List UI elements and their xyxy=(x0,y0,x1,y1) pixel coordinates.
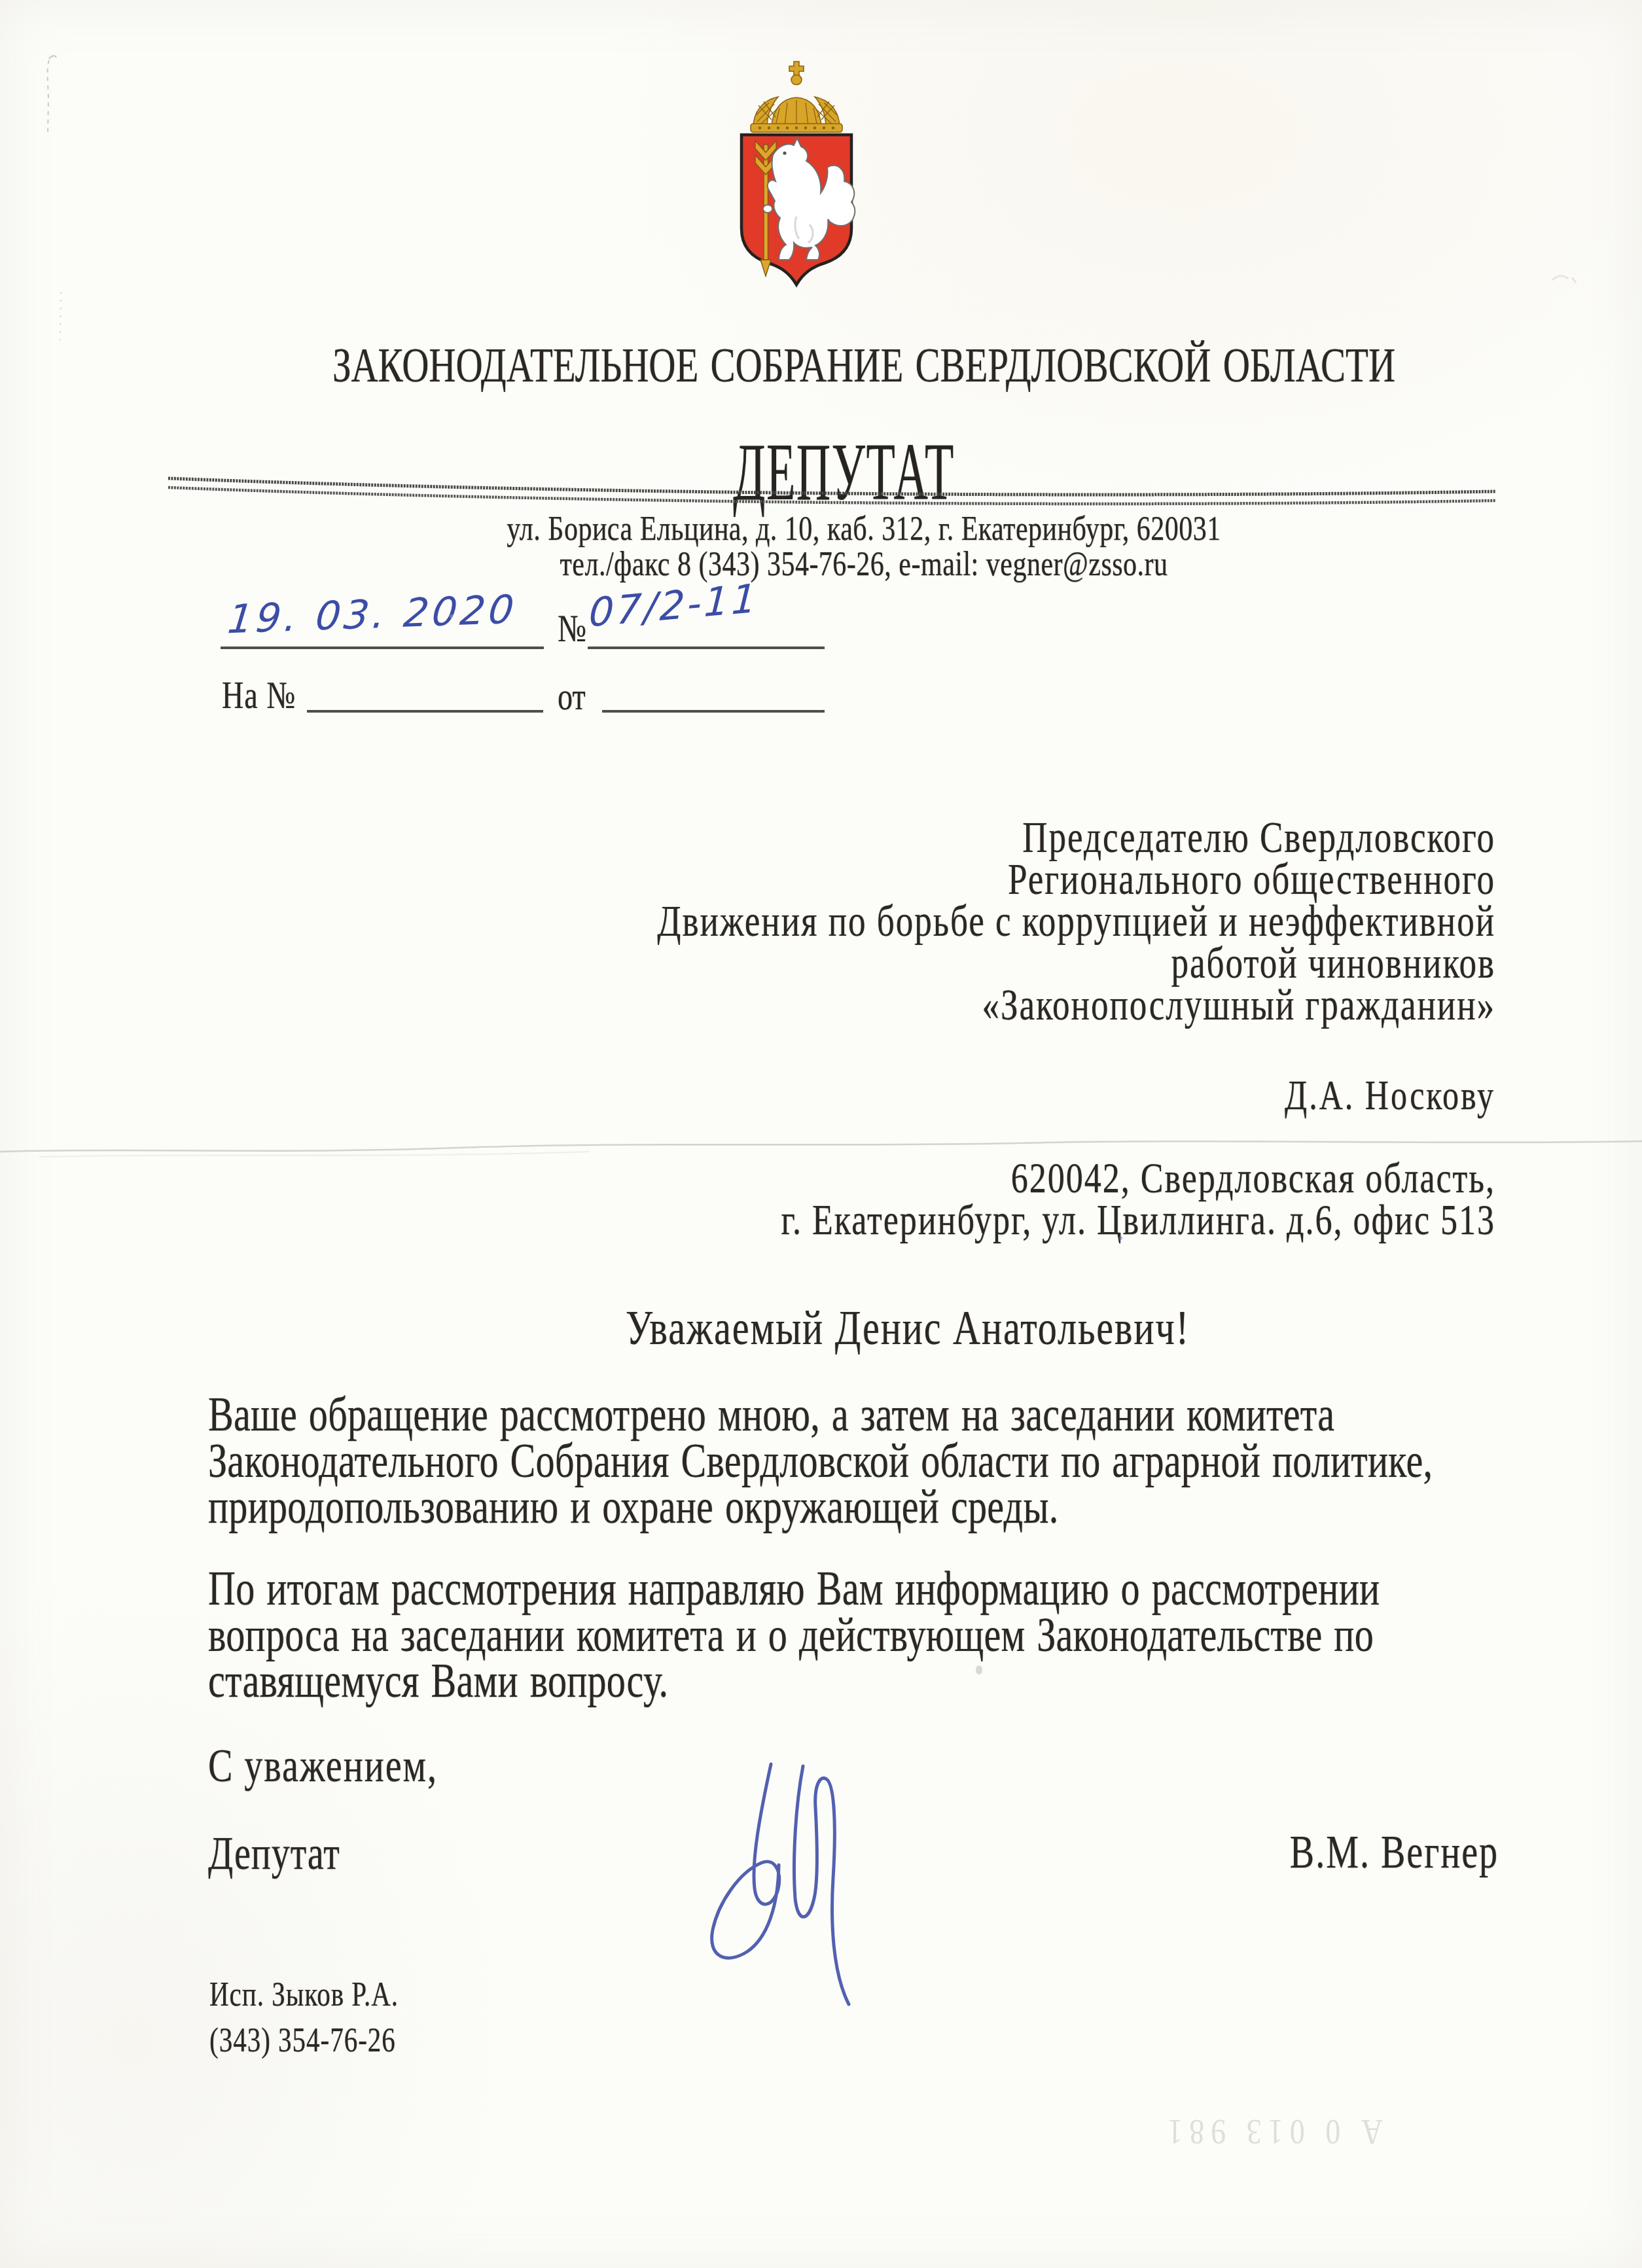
scanned-letter-page: ЗАКОНОДАТЕЛЬНОЕ СОБРАНИЕ СВЕРДЛОВСКОЙ ОБ… xyxy=(0,0,1642,2268)
fold-crease-line xyxy=(0,1141,1642,1157)
paper-scratch-marks xyxy=(48,56,1576,340)
letterhead-double-rule xyxy=(168,478,1495,504)
signature-ink xyxy=(712,1764,849,2004)
scan-artifacts-layer xyxy=(0,0,1642,2268)
